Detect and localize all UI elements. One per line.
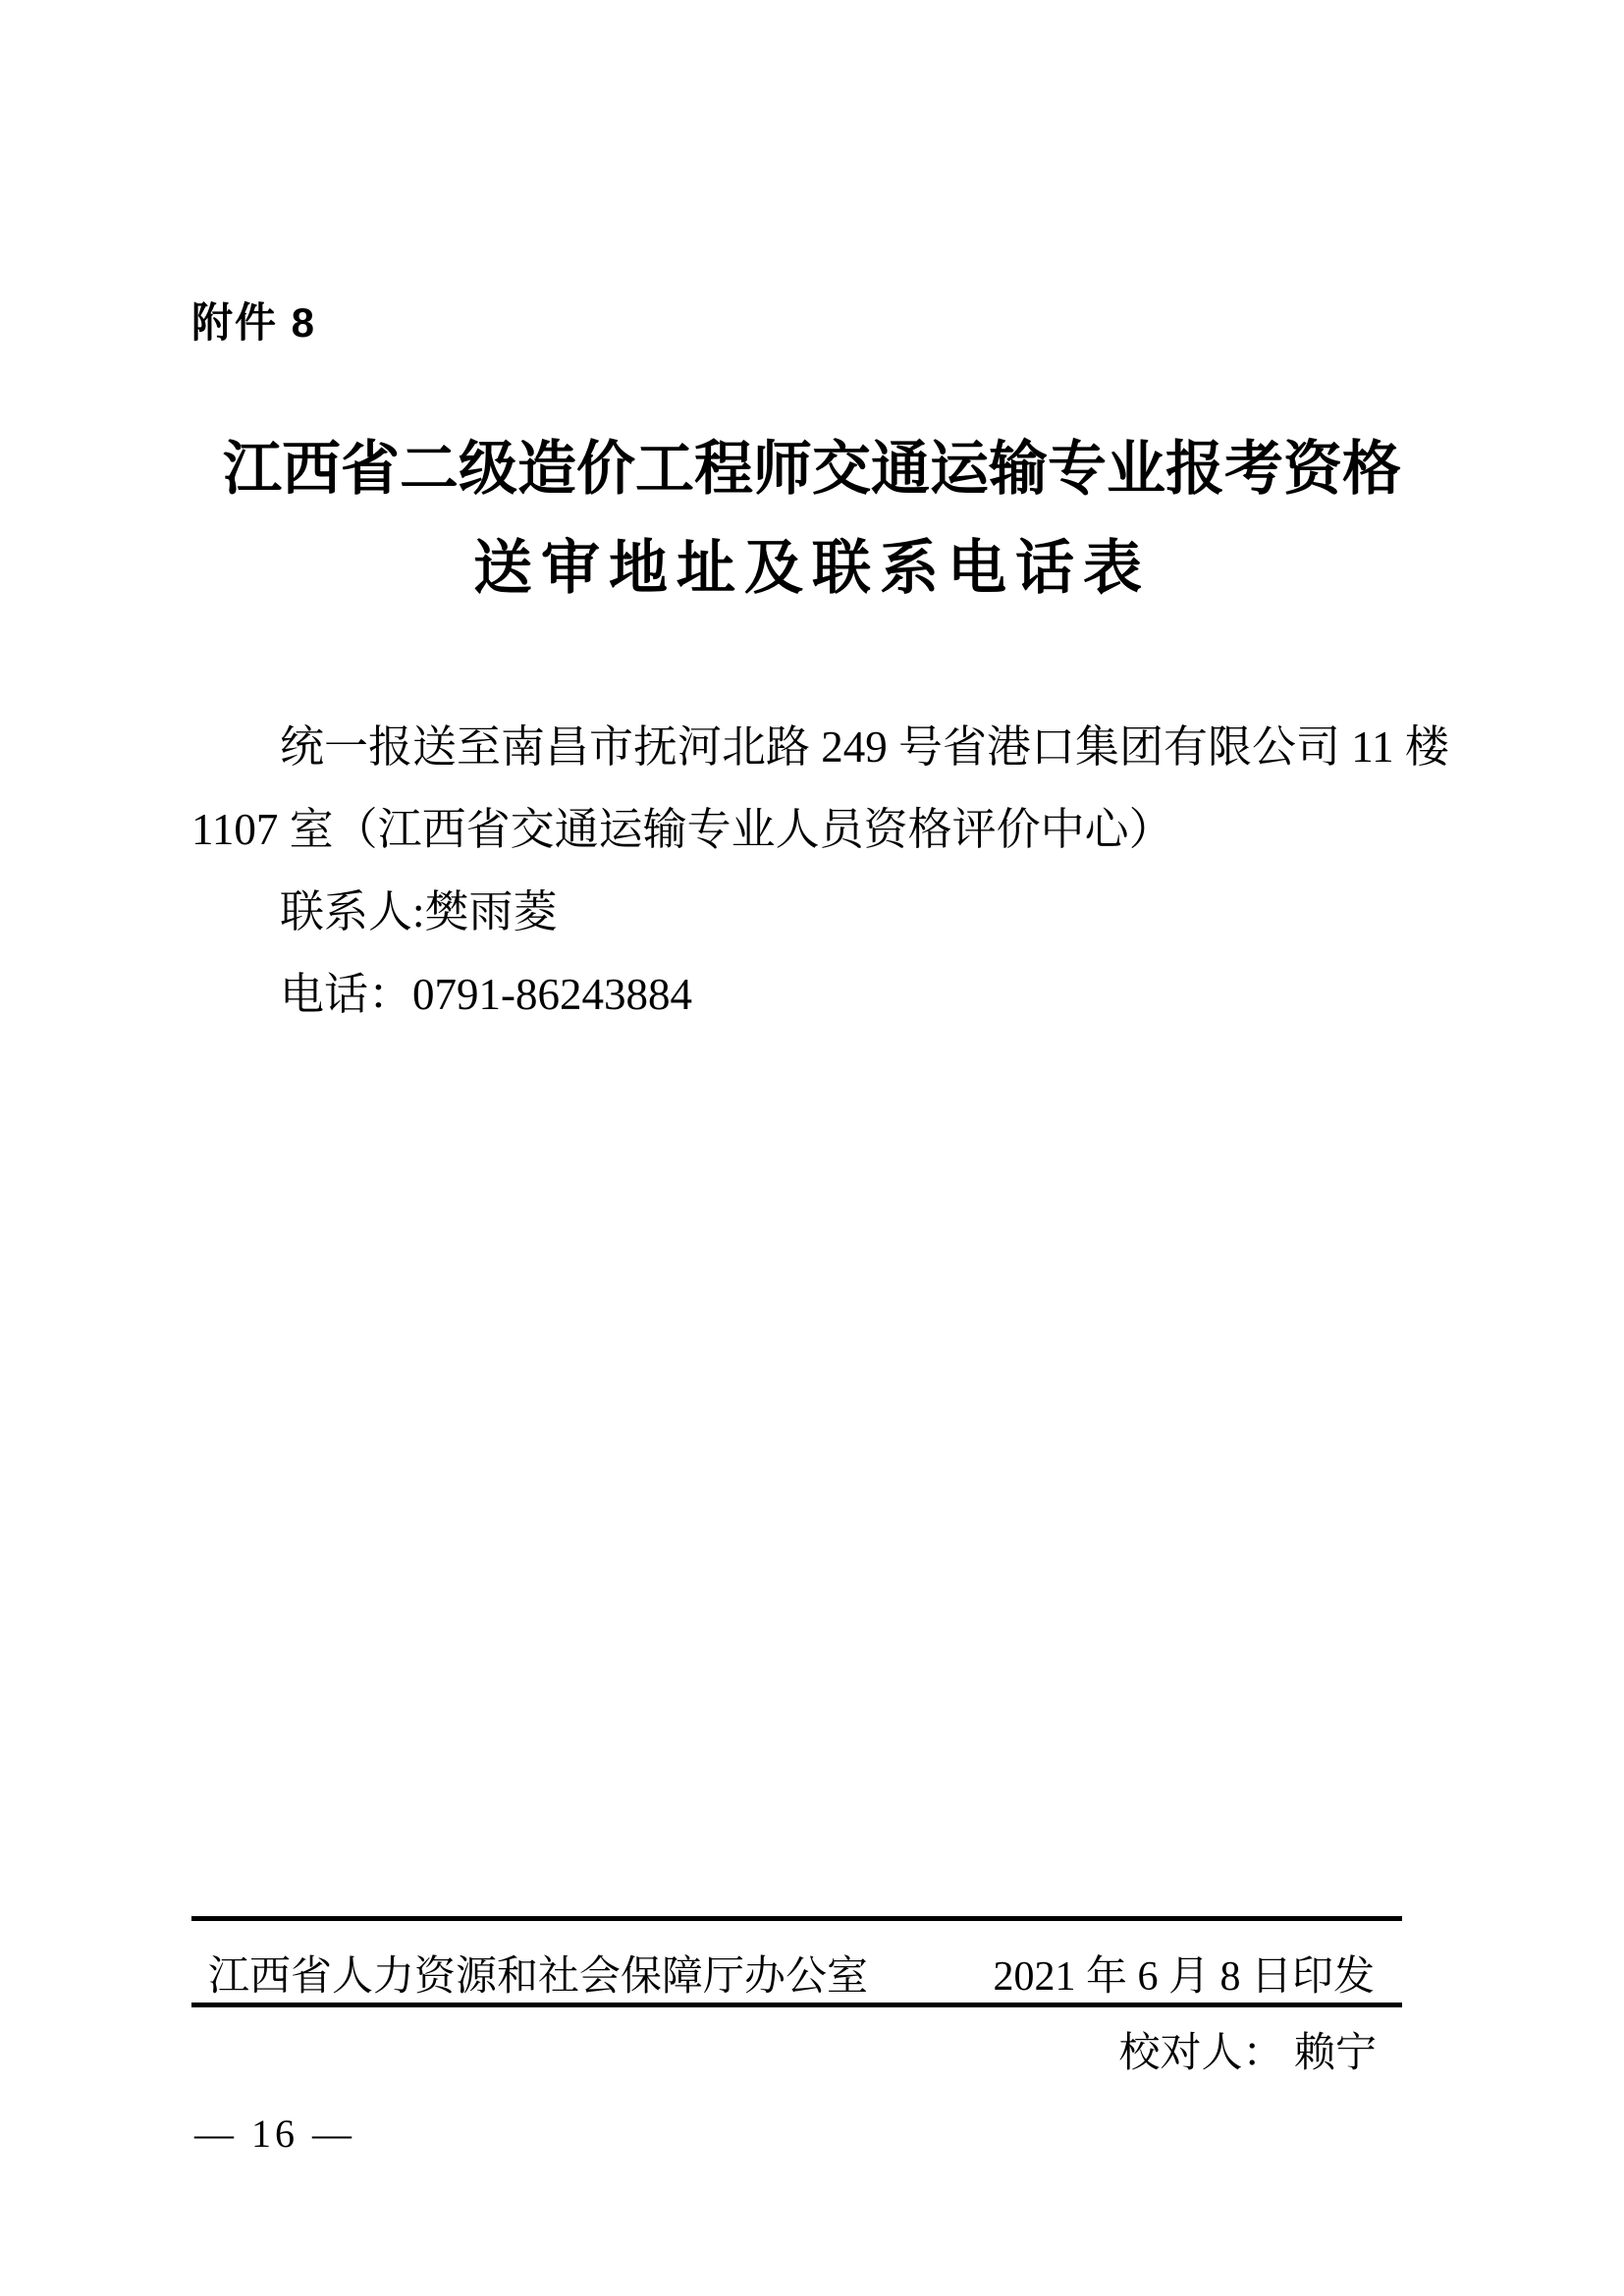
contact-line: 联系人:樊雨菱 bbox=[191, 884, 1468, 939]
address-line-1: 统一报送至南昌市抚河北路 249 号省港口集团有限公司 11 楼 bbox=[191, 720, 1468, 774]
document-title: 江西省二级造价工程师交通运输专业报考资格 送审地址及联系电话表 bbox=[95, 420, 1529, 618]
attachment-label: 附件 8 bbox=[191, 291, 316, 349]
footer-issuer: 江西省人力资源和社会保障厅办公室 bbox=[208, 1944, 868, 2002]
address-line-2: 1107 室（江西省交通运输专业人员资格评价中心） bbox=[191, 802, 1468, 857]
footer-print-date: 2021 年 6 月 8 日印发 bbox=[993, 1944, 1375, 2002]
footer-rule-top bbox=[191, 1916, 1402, 1921]
footer-rule-bottom bbox=[191, 2002, 1402, 2007]
title-line-1: 江西省二级造价工程师交通运输专业报考资格 bbox=[95, 420, 1529, 519]
page-number: — 16 — bbox=[194, 2110, 355, 2157]
proofreader-line: 校对人： 赖宁 bbox=[1118, 2020, 1377, 2079]
title-line-2: 送审地址及联系电话表 bbox=[95, 519, 1529, 618]
document-page: 附件 8 江西省二级造价工程师交通运输专业报考资格 送审地址及联系电话表 统一报… bbox=[0, 0, 1624, 2296]
phone-line: 电话：0791-86243884 bbox=[191, 967, 1468, 1022]
